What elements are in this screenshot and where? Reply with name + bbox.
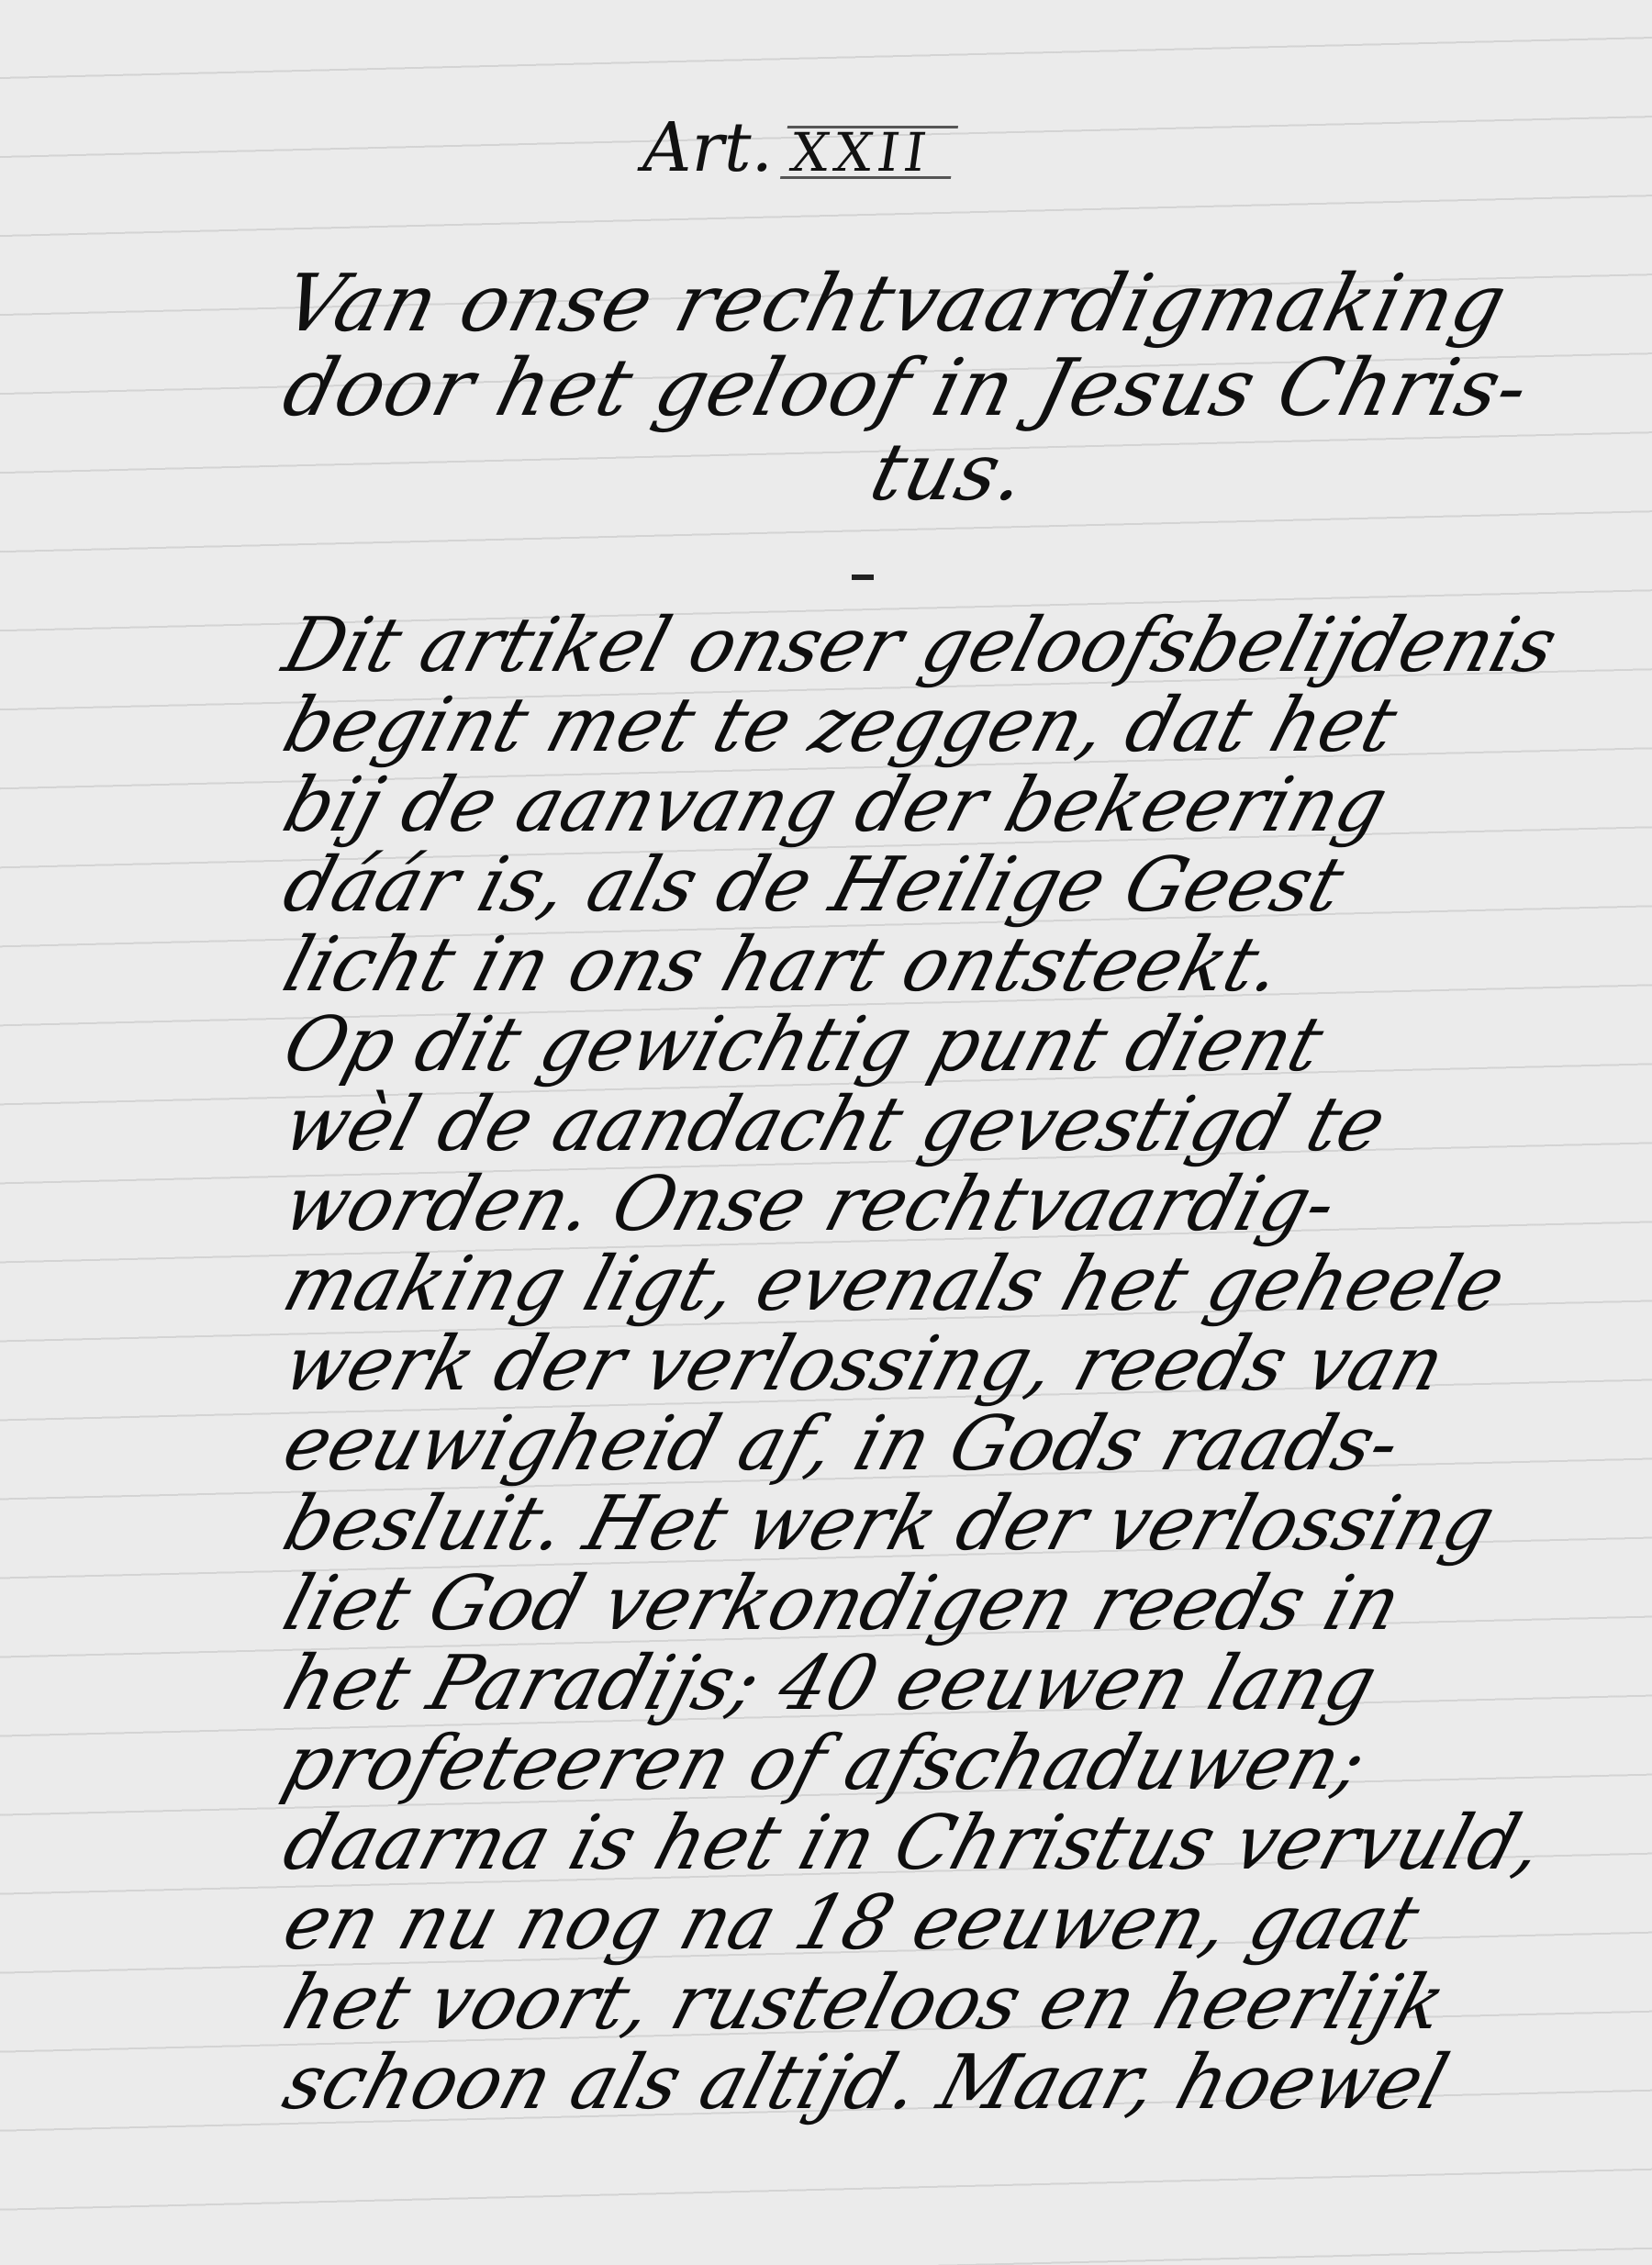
body-line: schoon als altijd. Maar, hoewel [275, 2043, 1616, 2123]
article-numeral: XXII [780, 126, 959, 179]
body-line: daarna is het in Christus vervuld, [275, 1803, 1616, 1883]
article-title: Van onse rechtvaardigmaking door het gel… [275, 262, 1634, 515]
article-heading: Art.XXII [642, 108, 954, 187]
body-line: bij de aanvang der bekeering [275, 765, 1616, 845]
body-line: Op dit gewichtig punt dient [275, 1005, 1616, 1085]
manuscript-page: Art.XXII Van onse rechtvaardigmaking doo… [0, 0, 1652, 2265]
body-line: besluit. Het werk der verlossing [275, 1484, 1616, 1564]
body-line: dáár is, als de Heilige Geest [275, 845, 1616, 925]
body-paragraph: Dit artikel onser geloofsbelijdenis begi… [275, 606, 1634, 2123]
title-line-1: Van onse rechtvaardigmaking [275, 262, 1652, 346]
body-line: begint met te zeggen, dat het [275, 686, 1616, 765]
body-line: liet God verkondigen reeds in [275, 1564, 1616, 1644]
body-line: het Paradijs; 40 eeuwen lang [275, 1644, 1616, 1724]
title-line-2: door het geloof in Jesus Chris- [275, 346, 1652, 430]
body-line: en nu nog na 18 eeuwen, gaat [275, 1883, 1616, 1963]
body-line: het voort, rusteloos en heerlijk [275, 1963, 1616, 2043]
body-line: worden. Onse rechtvaardig- [275, 1165, 1616, 1244]
section-separator [852, 575, 874, 580]
body-line: profeteeren of afschaduwen; [275, 1724, 1616, 1803]
body-line: wèl de aandacht gevestigd te [275, 1085, 1616, 1165]
title-line-3: tus. [275, 430, 1652, 515]
body-line: eeuwigheid af, in Gods raads- [275, 1404, 1616, 1484]
body-line: werk der verlossing, reeds van [275, 1324, 1616, 1404]
body-line: licht in ons hart ontsteekt. [275, 925, 1616, 1005]
body-line: making ligt, evenals het geheele [275, 1244, 1616, 1324]
article-prefix: Art. [642, 108, 773, 187]
body-line: Dit artikel onser geloofsbelijdenis [275, 606, 1616, 686]
